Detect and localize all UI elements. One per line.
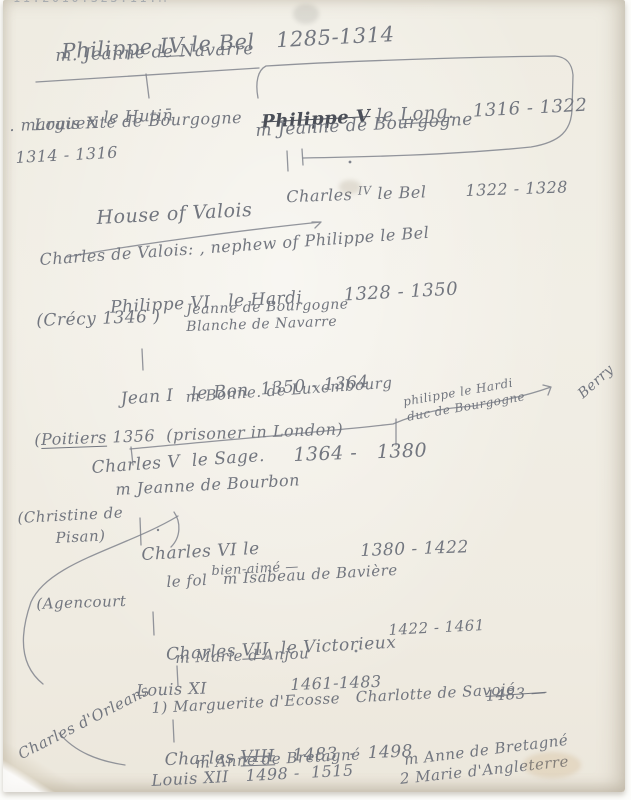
heading-house-of-valois: House of Valois (96, 199, 253, 229)
dates-charles-vi: 1380 - 1422 (360, 537, 469, 561)
entry-charles-vi: Charles VI le (141, 539, 260, 565)
dates-charles-vii: 1422 - 1461 (388, 616, 485, 639)
note-agincourt: (Agencourt (36, 592, 127, 613)
paren-charles6 (171, 512, 179, 547)
tick-charles6 (140, 518, 141, 545)
paper-sheet: 11.2010.323.11.M Philippe IV le Bel 1285… (3, 0, 625, 792)
king-numeral: IV (358, 183, 372, 197)
pencil-dot (349, 161, 352, 164)
pencil-dot (157, 529, 159, 531)
note-christine-1: (Christine de (17, 503, 124, 527)
battle-name: Poitiers (41, 428, 107, 449)
dates-louis-x: 1314 - 1316 (15, 143, 118, 167)
king-name: Charles (286, 185, 358, 206)
scanned-handwritten-genealogy: { "document": { "type": "handwritten pen… (0, 0, 631, 800)
note-berry: Berry (575, 362, 617, 402)
accession-stamp: 11.2010.323.11.M (13, 0, 169, 5)
note-christine-2: Pisan) (55, 526, 106, 547)
entry-charles-iv: Charles IV le Bel 1322 - 1328 (263, 157, 569, 226)
struck-date: 1483 — (485, 683, 547, 705)
note-charles-orleans: Charles d'Orleans (15, 681, 152, 763)
spouse-charles-v: m Jeanne de Bourbon (115, 470, 300, 499)
king-epithet-dates: le Bel 1322 - 1328 (371, 177, 568, 203)
king-dates: 1328 - 1350 (343, 279, 459, 306)
dates-charles-v: 1364 - 1380 (293, 439, 427, 466)
